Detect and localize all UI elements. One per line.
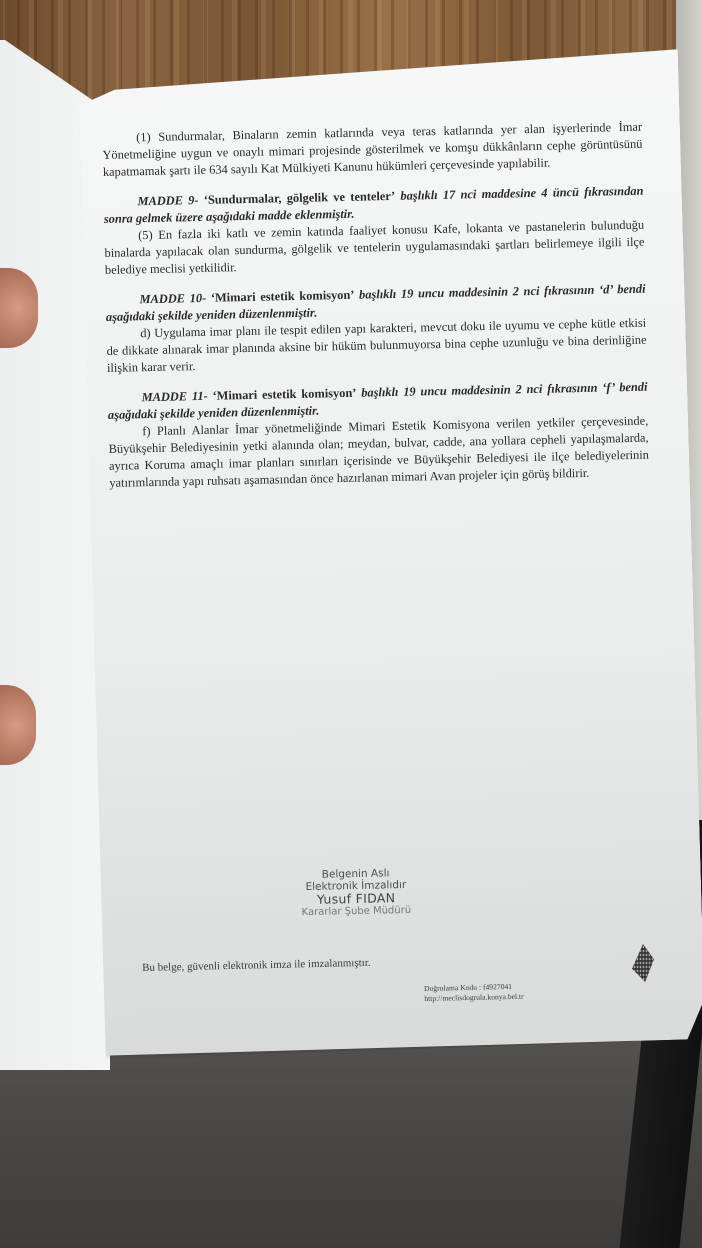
signature-block: Belgenin Aslı Elektronik İmzalıdır Yusuf… <box>285 867 426 920</box>
document-body: (1) Sundurmalar, Binaların zemin katları… <box>102 119 649 492</box>
madde-11-body: f) Planlı Alanlar İmar yönetmeliğinde Mi… <box>108 413 649 492</box>
dark-surface <box>0 1040 702 1248</box>
verification-block: Doğrulama Kodu : f4927041 http://meclisd… <box>424 982 524 1004</box>
